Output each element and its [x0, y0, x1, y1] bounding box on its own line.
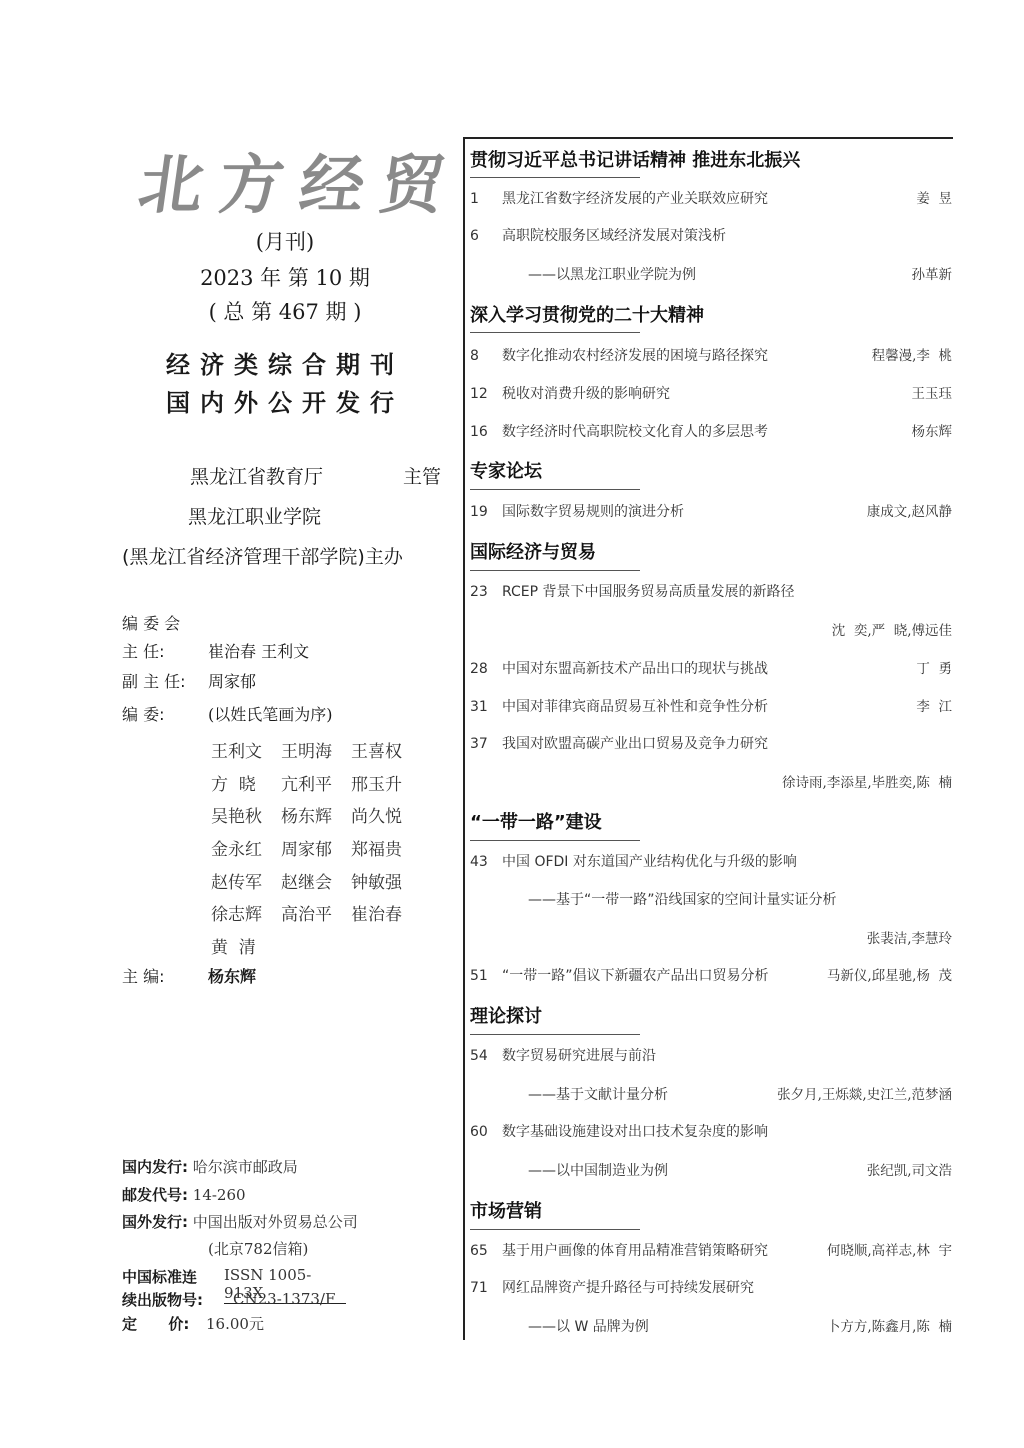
toc-entry-continued: ——以 W 品牌为例 卜方方,陈鑫月,陈 楠	[470, 1315, 952, 1336]
cn-number: CN23-1373/F	[233, 1290, 335, 1308]
article-subtitle: ——以黑龙江职业学院为例	[470, 264, 912, 284]
page-number: 6	[470, 228, 502, 244]
article-title: 中国对东盟高新技术产品出口的现状与挑战	[502, 658, 916, 678]
toc-entry[interactable]: 28 中国对东盟高新技术产品出口的现状与挑战 丁 勇	[470, 657, 952, 678]
article-title: 数字基础设施建设对出口技术复杂度的影响	[502, 1121, 952, 1141]
postal-code-value: 14-260	[193, 1186, 246, 1204]
member-row: 金永红 周家郁 郑福贵	[211, 835, 421, 868]
article-author: 王玉珏	[912, 382, 953, 402]
member-row: 赵传军 赵继会 钟敏强	[211, 868, 421, 901]
toc-entry[interactable]: 12 税收对消费升级的影响研究 王玉珏	[470, 382, 952, 403]
article-title: 黑龙江省数字经济发展的产业关联效应研究	[502, 188, 916, 208]
postal-code: 邮发代号: 14-260	[122, 1184, 246, 1205]
toc-section-title: 专家论坛	[470, 457, 542, 483]
toc-section-title: 国际经济与贸易	[470, 538, 596, 564]
page-number: 8	[470, 348, 502, 364]
article-title: “一带一路”倡议下新疆农产品出口贸易分析	[502, 965, 827, 985]
member-name: 尚久悦	[351, 802, 421, 835]
toc-entry[interactable]: 19 国际数字贸易规则的演进分析 康成文,赵风静	[470, 500, 952, 521]
member-name: 崔治春	[351, 900, 421, 933]
page-number: 12	[470, 386, 502, 402]
vice-director-value: 周家郁	[208, 672, 256, 691]
total-issue-number: ( 总 第 467 期 )	[120, 296, 450, 326]
price-label: 定 价:	[122, 1313, 206, 1334]
logo-char: 贸	[375, 134, 452, 226]
article-title: 税收对消费升级的影响研究	[502, 383, 912, 403]
members-label: 编 委:	[122, 702, 208, 725]
board-vice-director: 副 主 任:周家郁	[122, 669, 256, 692]
issue-number: 2023 年 第 10 期	[120, 262, 450, 292]
member-name: 亢利平	[281, 770, 351, 803]
member-row: 吴艳秋 杨东辉 尚久悦	[211, 802, 421, 835]
page-number: 60	[470, 1124, 502, 1140]
toc-entry[interactable]: 37 我国对欧盟高碳产业出口贸易及竞争力研究	[470, 733, 952, 753]
article-title: 国际数字贸易规则的演进分析	[502, 501, 867, 521]
member-row: 方 晓 亢利平 邢玉升	[211, 770, 421, 803]
article-author: 康成文,赵风静	[867, 500, 952, 520]
foreign-label: 国外发行:	[122, 1211, 188, 1232]
toc-entry[interactable]: 51 “一带一路”倡议下新疆农产品出口贸易分析 马新仪,邱星驰,杨 茂	[470, 964, 952, 985]
article-title: 数字化推动农村经济发展的困境与路径探究	[502, 345, 872, 365]
article-author: 何晓顺,高祥志,林 宇	[827, 1239, 952, 1259]
member-name: 黄 清	[211, 933, 281, 966]
section-divider	[470, 177, 640, 178]
page-number: 65	[470, 1243, 502, 1259]
member-name: 王利文	[211, 737, 281, 770]
member-name: 高治平	[281, 900, 351, 933]
member-name: 王明海	[281, 737, 351, 770]
page-number: 37	[470, 736, 502, 752]
toc-entry-continued: ——基于“一带一路”沿线国家的空间计量实证分析	[470, 889, 952, 909]
toc-entry[interactable]: 8 数字化推动农村经济发展的困境与路径探究 程馨漫,李 桃	[470, 344, 952, 365]
toc-entry-continued: ——以黑龙江职业学院为例 孙革新	[470, 263, 952, 284]
member-name: 方 晓	[211, 770, 281, 803]
page-number: 16	[470, 424, 502, 440]
foreign-distribution: 国外发行: 中国出版对外贸易总公司	[122, 1211, 358, 1232]
member-name: 赵继会	[281, 868, 351, 901]
page-number: 43	[470, 854, 502, 870]
toc-entry[interactable]: 6 高职院校服务区域经济发展对策浅析	[470, 225, 952, 245]
vice-director-label: 副 主 任:	[122, 669, 208, 692]
page-number: 54	[470, 1048, 502, 1064]
article-author: 张裴洁,李慧玲	[867, 927, 952, 947]
article-author: 孙革新	[912, 263, 953, 283]
std-label-2: 续出版物号:	[122, 1289, 203, 1310]
section-divider	[470, 840, 640, 841]
article-author: 卜方方,陈鑫月,陈 楠	[827, 1315, 952, 1335]
member-name: 金永红	[211, 835, 281, 868]
article-author: 杨东辉	[912, 420, 953, 440]
logo-char: 经	[294, 134, 371, 226]
article-subtitle: ——基于文献计量分析	[470, 1084, 777, 1104]
editorial-board-title: 编 委 会	[122, 611, 180, 634]
board-members-heading: 编 委:(以姓氏笔画为序)	[122, 702, 333, 725]
toc-entry[interactable]: 71 网红品牌资产提升路径与可持续发展研究	[470, 1277, 952, 1297]
member-row: 王利文 王明海 王喜权	[211, 737, 421, 770]
toc-entry-continued: 徐诗雨,李添星,毕胜奕,陈 楠	[470, 771, 952, 791]
article-title: 高职院校服务区域经济发展对策浅析	[502, 225, 952, 245]
section-divider	[470, 1229, 640, 1230]
toc-entry-continued: 沈 奕,严 晓,傅远佳	[470, 619, 952, 639]
director-label: 主 任:	[122, 639, 208, 662]
logo-char: 方	[214, 134, 291, 226]
article-author: 徐诗雨,李添星,毕胜奕,陈 楠	[782, 771, 952, 791]
toc-entry-continued: ——基于文献计量分析 张夕月,王烁燚,史江兰,范梦涵	[470, 1083, 952, 1104]
member-name: 王喜权	[351, 737, 421, 770]
supervisor-role: 主管	[403, 462, 441, 489]
toc-entry-continued: ——以中国制造业为例 张纪凯,司文浩	[470, 1159, 952, 1180]
toc-entry[interactable]: 60 数字基础设施建设对出口技术复杂度的影响	[470, 1121, 952, 1141]
logo-char: 北	[134, 134, 211, 226]
member-name: 钟敏强	[351, 868, 421, 901]
article-title: 基于用户画像的体育用品精准营销策略研究	[502, 1240, 827, 1260]
article-subtitle: ——以 W 品牌为例	[470, 1316, 827, 1336]
section-divider	[470, 570, 640, 571]
toc-section-title: “一带一路”建设	[470, 808, 602, 834]
page-number: 28	[470, 661, 502, 677]
toc-entry[interactable]: 23 RCEP 背景下中国服务贸易高质量发展的新路径	[470, 581, 952, 601]
article-title: 网红品牌资产提升路径与可持续发展研究	[502, 1277, 952, 1297]
journal-logo: 北 方 经 贸	[140, 140, 445, 220]
price-value: 16.00元	[206, 1315, 264, 1333]
chief-editor: 主 编:杨东辉	[122, 964, 256, 987]
board-members-list: 王利文 王明海 王喜权 方 晓 亢利平 邢玉升 吴艳秋 杨东辉 尚久悦 金永红 …	[211, 737, 421, 966]
member-name: 杨东辉	[281, 802, 351, 835]
price: 定 价:16.00元	[122, 1313, 264, 1334]
slogan-line-1: 经济类综合期刊	[120, 345, 450, 380]
publication-frequency: (月刊)	[120, 226, 450, 256]
article-author: 马新仪,邱星驰,杨 茂	[827, 964, 952, 984]
member-row: 徐志辉 高治平 崔治春	[211, 900, 421, 933]
page-number: 31	[470, 699, 502, 715]
member-name: 赵传军	[211, 868, 281, 901]
article-title: 我国对欧盟高碳产业出口贸易及竞争力研究	[502, 733, 952, 753]
members-note: (以姓氏笔画为序)	[208, 705, 333, 724]
member-name: 吴艳秋	[211, 802, 281, 835]
chief-editor-label: 主 编:	[122, 964, 208, 987]
article-author: 张纪凯,司文浩	[867, 1159, 952, 1179]
std-label-1: 中国标准连	[122, 1266, 197, 1287]
director-value: 崔治春 王利文	[208, 642, 309, 661]
std-serial-label-1: 中国标准连	[122, 1266, 197, 1287]
cn-value: CN23-1373/F	[233, 1290, 335, 1308]
toc-section-title: 深入学习贯彻党的二十大精神	[470, 301, 704, 327]
domestic-distribution: 国内发行: 哈尔滨市邮政局	[122, 1156, 298, 1177]
domestic-label: 国内发行:	[122, 1156, 188, 1177]
toc-entry[interactable]: 1 黑龙江省数字经济发展的产业关联效应研究 姜 昱	[470, 187, 952, 208]
toc-entry[interactable]: 16 数字经济时代高职院校文化育人的多层思考 杨东辉	[470, 420, 952, 441]
page-number: 51	[470, 968, 502, 984]
section-divider	[470, 1034, 640, 1035]
article-title: 数字经济时代高职院校文化育人的多层思考	[502, 421, 912, 441]
page-number: 71	[470, 1280, 502, 1296]
member-name: 周家郁	[281, 835, 351, 868]
toc-entry[interactable]: 31 中国对菲律宾商品贸易互补性和竞争性分析 李 江	[470, 695, 952, 716]
article-author: 张夕月,王烁燚,史江兰,范梦涵	[777, 1083, 952, 1103]
toc-entry[interactable]: 43 中国 OFDI 对东道国产业结构优化与升级的影响	[470, 851, 952, 871]
article-author: 沈 奕,严 晓,傅远佳	[832, 619, 952, 639]
member-name: 邢玉升	[351, 770, 421, 803]
article-author: 姜 昱	[916, 187, 952, 207]
member-name: 徐志辉	[211, 900, 281, 933]
section-divider	[470, 332, 640, 333]
board-director: 主 任:崔治春 王利文	[122, 639, 309, 662]
toc-top-border	[463, 137, 953, 139]
toc-left-border	[463, 137, 465, 1340]
article-title: RCEP 背景下中国服务贸易高质量发展的新路径	[502, 581, 952, 601]
supervisor-org: 黑龙江省教育厅	[190, 462, 323, 489]
article-subtitle: ——基于“一带一路”沿线国家的空间计量实证分析	[470, 889, 952, 909]
section-divider	[470, 489, 640, 490]
article-title: 中国对菲律宾商品贸易互补性和竞争性分析	[502, 696, 916, 716]
chief-editor-value: 杨东辉	[208, 967, 256, 986]
foreign-value: 中国出版对外贸易总公司	[193, 1213, 358, 1231]
toc-section-title: 理论探讨	[470, 1002, 542, 1028]
std-serial-label-2: 续出版物号:	[122, 1289, 203, 1310]
toc-section-title: 市场营销	[470, 1197, 542, 1223]
slogan-line-2: 国内外公开发行	[120, 383, 450, 418]
page-number: 23	[470, 584, 502, 600]
page-number: 1	[470, 191, 502, 207]
page-number: 19	[470, 504, 502, 520]
article-author: 程馨漫,李 桃	[872, 344, 952, 364]
article-title: 中国 OFDI 对东道国产业结构优化与升级的影响	[502, 851, 952, 871]
foreign-mailbox-value: (北京782信箱)	[208, 1240, 308, 1258]
article-subtitle: ——以中国制造业为例	[470, 1160, 867, 1180]
foreign-mailbox: (北京782信箱)	[208, 1238, 308, 1259]
article-title: 数字贸易研究进展与前沿	[502, 1045, 952, 1065]
article-author: 李 江	[916, 695, 952, 715]
member-row: 黄 清	[211, 933, 421, 966]
postal-code-label: 邮发代号:	[122, 1184, 188, 1205]
domestic-value: 哈尔滨市邮政局	[193, 1158, 298, 1176]
toc-entry[interactable]: 65 基于用户画像的体育用品精准营销策略研究 何晓顺,高祥志,林 宇	[470, 1239, 952, 1260]
toc-section-title: 贯彻习近平总书记讲话精神 推进东北振兴	[470, 146, 800, 172]
toc-entry-continued: 张裴洁,李慧玲	[470, 927, 952, 947]
member-name: 郑福贵	[351, 835, 421, 868]
sponsor-org-line-1: 黑龙江职业学院	[188, 502, 321, 529]
toc-entry[interactable]: 54 数字贸易研究进展与前沿	[470, 1045, 952, 1065]
sponsor-org-line-2: (黑龙江省经济管理干部学院)主办	[122, 542, 403, 569]
article-author: 丁 勇	[916, 657, 952, 677]
